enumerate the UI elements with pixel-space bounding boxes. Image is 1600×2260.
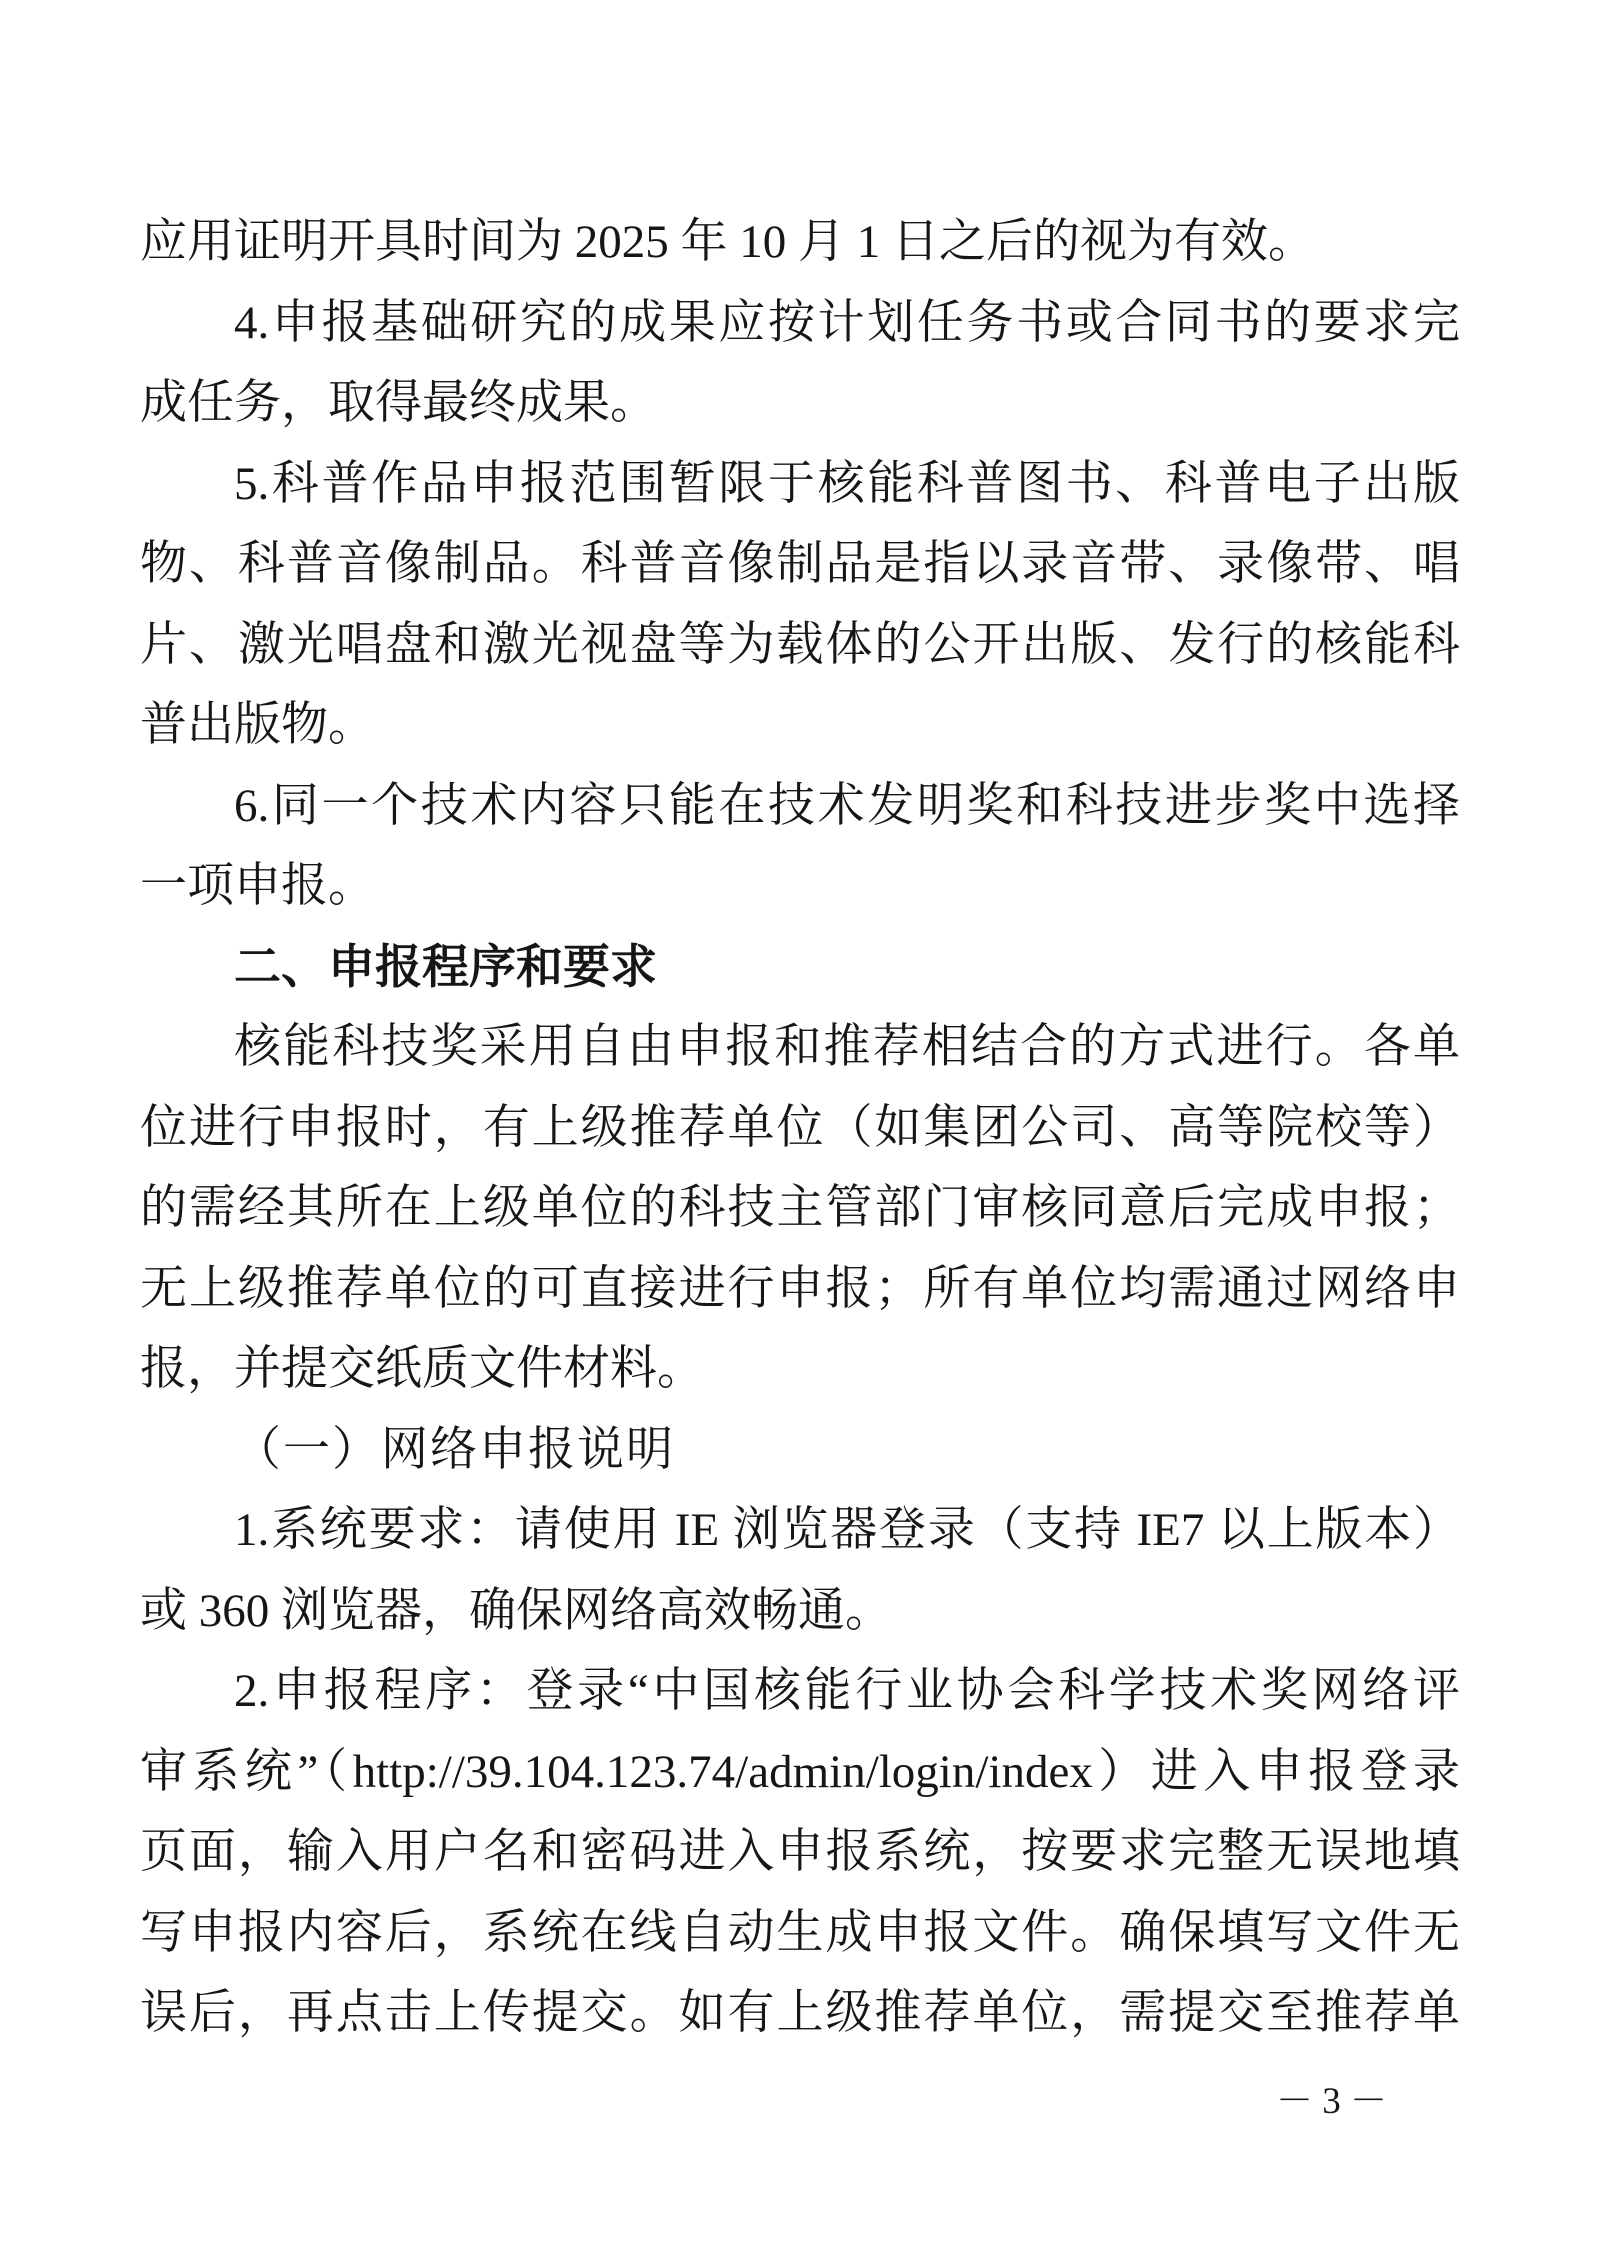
text-line: 写申报内容后，系统在线自动生成申报文件。确保填写文件无	[140, 1893, 1460, 1974]
document-body-text: 应用证明开具时间为 2025 年 10 月 1 日之后的视为有效。4.申报基础研…	[140, 202, 1460, 2054]
document-page: 应用证明开具时间为 2025 年 10 月 1 日之后的视为有效。4.申报基础研…	[0, 0, 1600, 2260]
text-line: 的需经其所在上级单位的科技主管部门审核同意后完成申报；	[140, 1168, 1460, 1249]
page-number: － 3 －	[1276, 2062, 1387, 2142]
text-line: 成任务，取得最终成果。	[140, 363, 1460, 444]
text-line: 或 360 浏览器，确保网络高效畅通。	[140, 1571, 1460, 1652]
text-line: 无上级推荐单位的可直接进行申报；所有单位均需通过网络申	[140, 1249, 1460, 1330]
text-line: 报，并提交纸质文件材料。	[140, 1329, 1460, 1410]
text-line: 6.同一个技术内容只能在技术发明奖和科技进步奖中选择	[140, 766, 1460, 847]
text-line: 物、科普音像制品。科普音像制品是指以录音带、录像带、唱	[140, 524, 1460, 605]
text-line: 4.申报基础研究的成果应按计划任务书或合同书的要求完	[140, 283, 1460, 364]
text-line: 页面，输入用户名和密码进入申报系统，按要求完整无误地填	[140, 1812, 1460, 1893]
text-line: 应用证明开具时间为 2025 年 10 月 1 日之后的视为有效。	[140, 202, 1460, 283]
text-line: 一项申报。	[140, 846, 1460, 927]
text-line: 片、激光唱盘和激光视盘等为载体的公开出版、发行的核能科	[140, 605, 1460, 686]
section-heading: 二、申报程序和要求	[140, 927, 1460, 1008]
text-line: 误后，再点击上传提交。如有上级推荐单位，需提交至推荐单	[140, 1973, 1460, 2054]
text-line: 核能科技奖采用自由申报和推荐相结合的方式进行。各单	[140, 1007, 1460, 1088]
text-line: 审系统”（http://39.104.123.74/admin/login/in…	[140, 1732, 1460, 1813]
text-line: 5.科普作品申报范围暂限于核能科普图书、科普电子出版	[140, 444, 1460, 525]
subsection-heading: （一）网络申报说明	[140, 1410, 1460, 1491]
text-line: 1.系统要求：请使用 IE 浏览器登录（支持 IE7 以上版本）	[140, 1490, 1460, 1571]
text-line: 普出版物。	[140, 685, 1460, 766]
text-line: 位进行申报时，有上级推荐单位（如集团公司、高等院校等）	[140, 1088, 1460, 1169]
text-line: 2.申报程序：登录“中国核能行业协会科学技术奖网络评	[140, 1651, 1460, 1732]
